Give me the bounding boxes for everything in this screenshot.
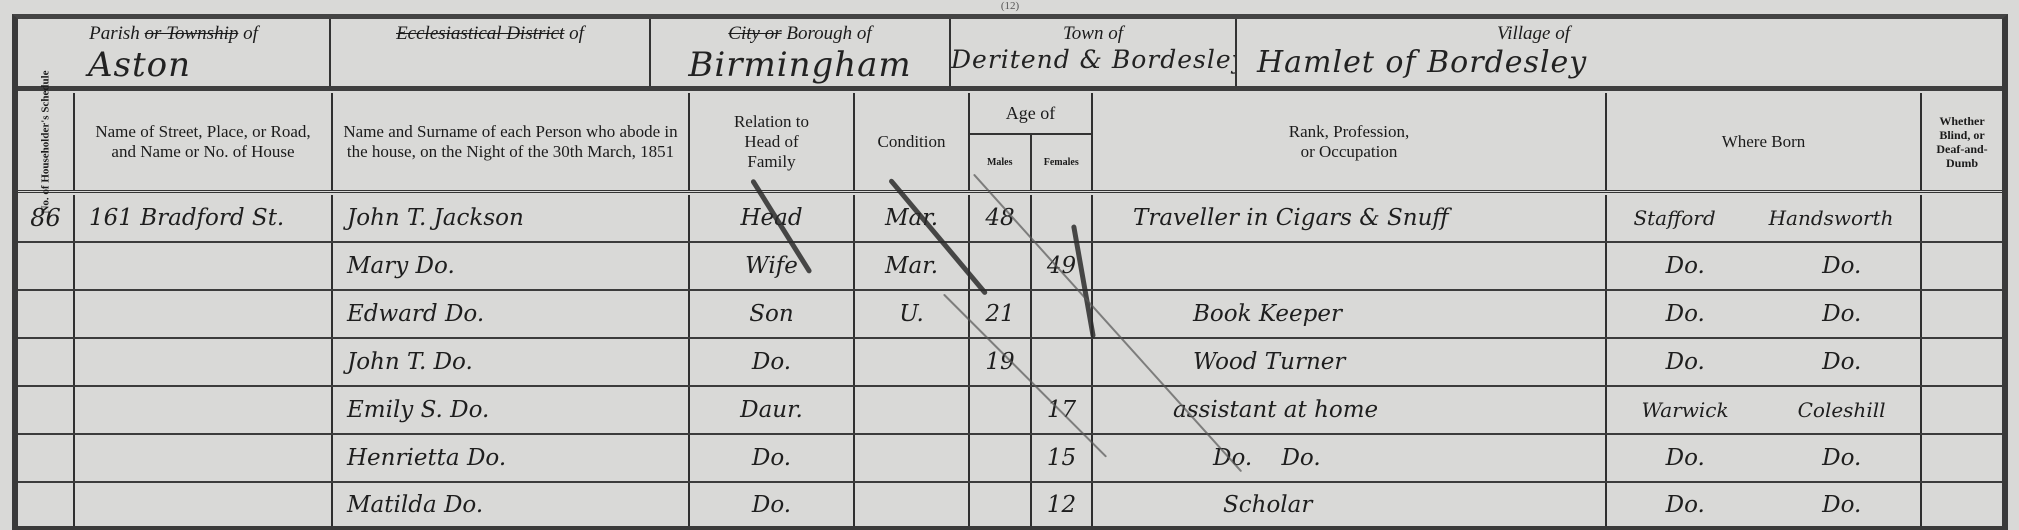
condition bbox=[855, 435, 970, 481]
town-label: Town of bbox=[951, 23, 1235, 45]
disability bbox=[1922, 483, 2002, 526]
page-number: (12) bbox=[950, 0, 1070, 12]
person-name: Edward Do. bbox=[333, 291, 690, 337]
where-born: Do. Do. bbox=[1607, 339, 1922, 385]
male-age: 19 bbox=[970, 339, 1032, 385]
where-born: Do. Do. bbox=[1607, 483, 1922, 526]
person-name: John T. Do. bbox=[333, 339, 690, 385]
col-age-header: Age of Males Females bbox=[970, 93, 1093, 190]
condition bbox=[855, 483, 970, 526]
column-header-row: No. of Householder's Schedule Name of St… bbox=[18, 93, 2002, 193]
schedule-number bbox=[18, 339, 75, 385]
relation: Son bbox=[690, 291, 855, 337]
schedule-number bbox=[18, 435, 75, 481]
disability bbox=[1922, 195, 2002, 241]
street-address bbox=[75, 291, 333, 337]
born-place: Handsworth bbox=[1769, 206, 1894, 230]
schedule-number bbox=[18, 483, 75, 526]
occupation: Scholar bbox=[1093, 483, 1607, 526]
condition bbox=[855, 339, 970, 385]
table-row: Mary Do. Wife Mar. 49 Do. Do. bbox=[18, 243, 2002, 291]
born-place: Do. bbox=[1822, 492, 1861, 518]
col-name-header: Name and Surname of each Person who abod… bbox=[333, 93, 690, 190]
ecclesiastical-cell: Ecclesiastical District of bbox=[331, 19, 651, 86]
where-born: Do. Do. bbox=[1607, 291, 1922, 337]
relation: Do. bbox=[690, 483, 855, 526]
parish-value: Aston bbox=[18, 45, 329, 85]
female-age bbox=[1032, 339, 1093, 385]
borough-cell: City or Borough of Birmingham bbox=[651, 19, 951, 86]
born-place: Do. bbox=[1822, 253, 1861, 279]
street-address bbox=[75, 387, 333, 433]
born-county: Do. bbox=[1666, 492, 1705, 518]
disability bbox=[1922, 435, 2002, 481]
where-born: Warwick Coleshill bbox=[1607, 387, 1922, 433]
female-age: 15 bbox=[1032, 435, 1093, 481]
disability bbox=[1922, 243, 2002, 289]
col-disability-header: Whether Blind, or Deaf-and-Dumb bbox=[1922, 93, 2002, 190]
born-county: Do. bbox=[1666, 301, 1705, 327]
age-of-label: Age of bbox=[970, 93, 1091, 135]
person-name: Matilda Do. bbox=[333, 483, 690, 526]
table-row: Edward Do. Son U. 21 Book Keeper Do. Do. bbox=[18, 291, 2002, 339]
condition bbox=[855, 387, 970, 433]
village-cell: Village of Hamlet of Bordesley bbox=[1237, 19, 2002, 86]
relation: Do. bbox=[690, 339, 855, 385]
females-label: Females bbox=[1032, 135, 1092, 190]
schedule-number bbox=[18, 387, 75, 433]
male-age bbox=[970, 387, 1032, 433]
born-county: Do. bbox=[1666, 253, 1705, 279]
born-place: Coleshill bbox=[1798, 398, 1886, 422]
disability bbox=[1922, 291, 2002, 337]
borough-value: Birmingham bbox=[651, 45, 949, 85]
ecclesiastical-label: Ecclesiastical District of bbox=[331, 23, 649, 45]
table-row: John T. Do. Do. 19 Wood Turner Do. Do. bbox=[18, 339, 2002, 387]
parish-cell: Parish or Township of Aston bbox=[18, 19, 331, 86]
person-name: Mary Do. bbox=[333, 243, 690, 289]
where-born: Do. Do. bbox=[1607, 435, 1922, 481]
relation: Daur. bbox=[690, 387, 855, 433]
census-sheet: Parish or Township of Aston Ecclesiastic… bbox=[12, 14, 2008, 530]
street-address bbox=[75, 483, 333, 526]
condition: U. bbox=[855, 291, 970, 337]
male-age bbox=[970, 483, 1032, 526]
table-row: Emily S. Do. Daur. 17 assistant at home … bbox=[18, 387, 2002, 435]
male-age bbox=[970, 435, 1032, 481]
table-row: 86 161 Bradford St. John T. Jackson Head… bbox=[18, 195, 2002, 243]
schedule-number bbox=[18, 243, 75, 289]
table-row: Henrietta Do. Do. 15 Do. Do. Do. Do. bbox=[18, 435, 2002, 483]
town-cell: Town of Deritend & Bordesley Ward bbox=[951, 19, 1237, 86]
born-county: Do. bbox=[1666, 445, 1705, 471]
schedule-number: 86 bbox=[18, 195, 75, 241]
town-value: Deritend & Bordesley Ward bbox=[951, 45, 1235, 74]
born-place: Do. bbox=[1822, 301, 1861, 327]
female-age: 12 bbox=[1032, 483, 1093, 526]
household-rows: 86 161 Bradford St. John T. Jackson Head… bbox=[18, 195, 2002, 530]
col-street-header: Name of Street, Place, or Road, and Name… bbox=[75, 93, 333, 190]
where-born: Stafford Handsworth bbox=[1607, 195, 1922, 241]
person-name: Emily S. Do. bbox=[333, 387, 690, 433]
occupation: Wood Turner bbox=[1093, 339, 1607, 385]
where-born: Do. Do. bbox=[1607, 243, 1922, 289]
relation: Do. bbox=[690, 435, 855, 481]
female-age bbox=[1032, 195, 1093, 241]
street-address bbox=[75, 339, 333, 385]
schedule-number bbox=[18, 291, 75, 337]
place-header-row: Parish or Township of Aston Ecclesiastic… bbox=[18, 19, 2002, 91]
born-place: Do. bbox=[1822, 349, 1861, 375]
col-occupation-header: Rank, Profession, or Occupation bbox=[1093, 93, 1607, 190]
relation: Wife bbox=[690, 243, 855, 289]
occupation: Do. Do. bbox=[1093, 435, 1607, 481]
street-address bbox=[75, 243, 333, 289]
born-county: Do. bbox=[1666, 349, 1705, 375]
person-name: Henrietta Do. bbox=[333, 435, 690, 481]
born-county: Warwick bbox=[1641, 398, 1728, 422]
street-address: 161 Bradford St. bbox=[75, 195, 333, 241]
occupation bbox=[1093, 243, 1607, 289]
col-condition-header: Condition bbox=[855, 93, 970, 190]
disability bbox=[1922, 339, 2002, 385]
male-age: 48 bbox=[970, 195, 1032, 241]
disability bbox=[1922, 387, 2002, 433]
born-place: Do. bbox=[1822, 445, 1861, 471]
occupation: Traveller in Cigars & Snuff bbox=[1093, 195, 1607, 241]
born-county: Stafford bbox=[1633, 206, 1715, 230]
occupation: Book Keeper bbox=[1093, 291, 1607, 337]
village-label: Village of bbox=[1237, 23, 2002, 45]
col-born-header: Where Born bbox=[1607, 93, 1922, 190]
street-address bbox=[75, 435, 333, 481]
col-relation-header: Relation to Head of Family bbox=[690, 93, 855, 190]
parish-label: Parish or Township of bbox=[18, 23, 329, 45]
borough-label: City or Borough of bbox=[651, 23, 949, 45]
col-schedule-header: No. of Householder's Schedule bbox=[18, 93, 75, 190]
person-name: John T. Jackson bbox=[333, 195, 690, 241]
village-value: Hamlet of Bordesley bbox=[1237, 45, 2002, 80]
table-row: Matilda Do. Do. 12 Scholar Do. Do. bbox=[18, 483, 2002, 530]
